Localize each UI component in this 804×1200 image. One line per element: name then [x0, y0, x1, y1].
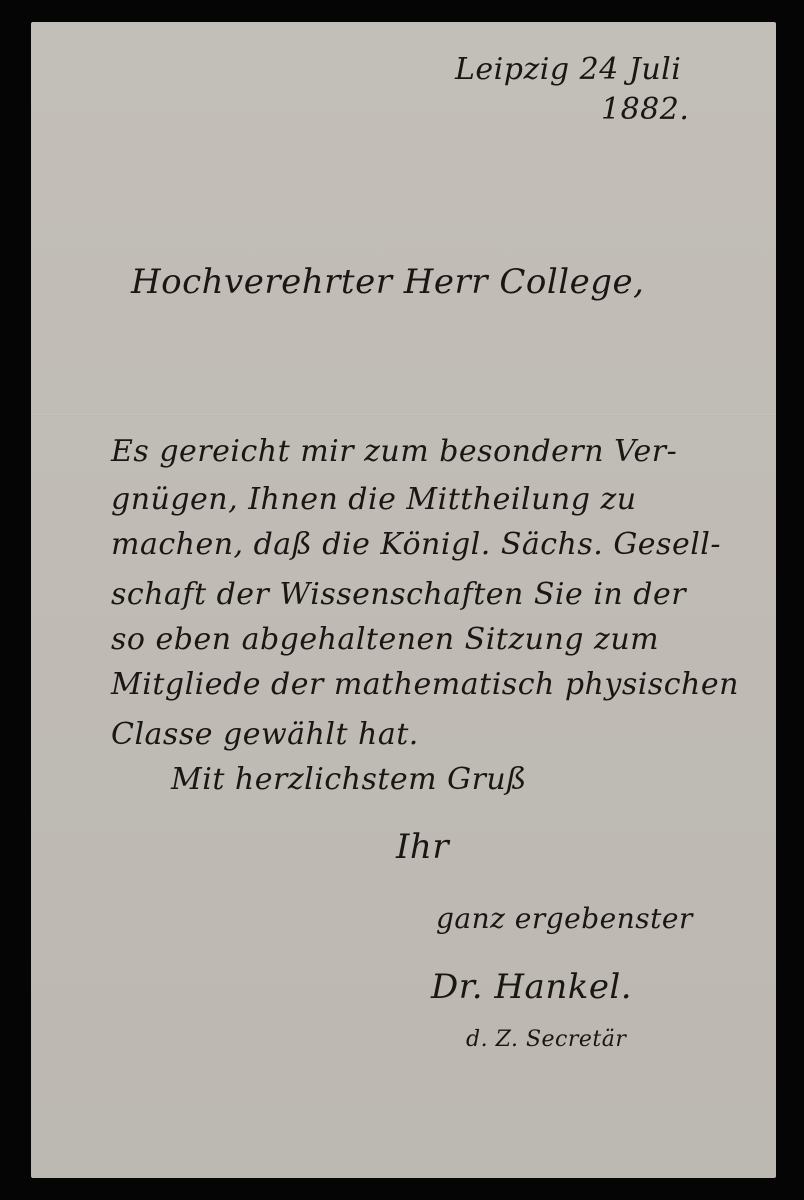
- letter-valediction: ganz ergebenster: [436, 902, 693, 935]
- letter-paper: Leipzig 24 Juli 1882. Hochverehrter Herr…: [31, 22, 776, 1178]
- letter-complimentary: Ihr: [396, 827, 449, 867]
- body-line: machen, daß die Königl. Sächs. Gesell-: [111, 527, 721, 562]
- letter-closing: Mit herzlichstem Gruß: [171, 762, 527, 797]
- body-line: Mitgliede der mathematisch physischen: [111, 667, 739, 702]
- body-line: gnügen, Ihnen die Mittheilung zu: [111, 482, 637, 517]
- body-line: schaft der Wissenschaften Sie in der: [111, 577, 686, 612]
- letter-place-date: Leipzig 24 Juli: [455, 52, 681, 87]
- body-line: so eben abgehaltenen Sitzung zum: [111, 622, 659, 657]
- paper-fold-line: [31, 414, 776, 416]
- body-line: Es gereicht mir zum besondern Ver-: [111, 434, 677, 469]
- signer-title: d. Z. Secretär: [466, 1027, 626, 1052]
- letter-year: 1882.: [601, 92, 689, 127]
- letter-salutation: Hochverehrter Herr College,: [131, 262, 644, 302]
- body-line: Classe gewählt hat.: [111, 717, 419, 752]
- letter-signature: Dr. Hankel.: [431, 967, 632, 1007]
